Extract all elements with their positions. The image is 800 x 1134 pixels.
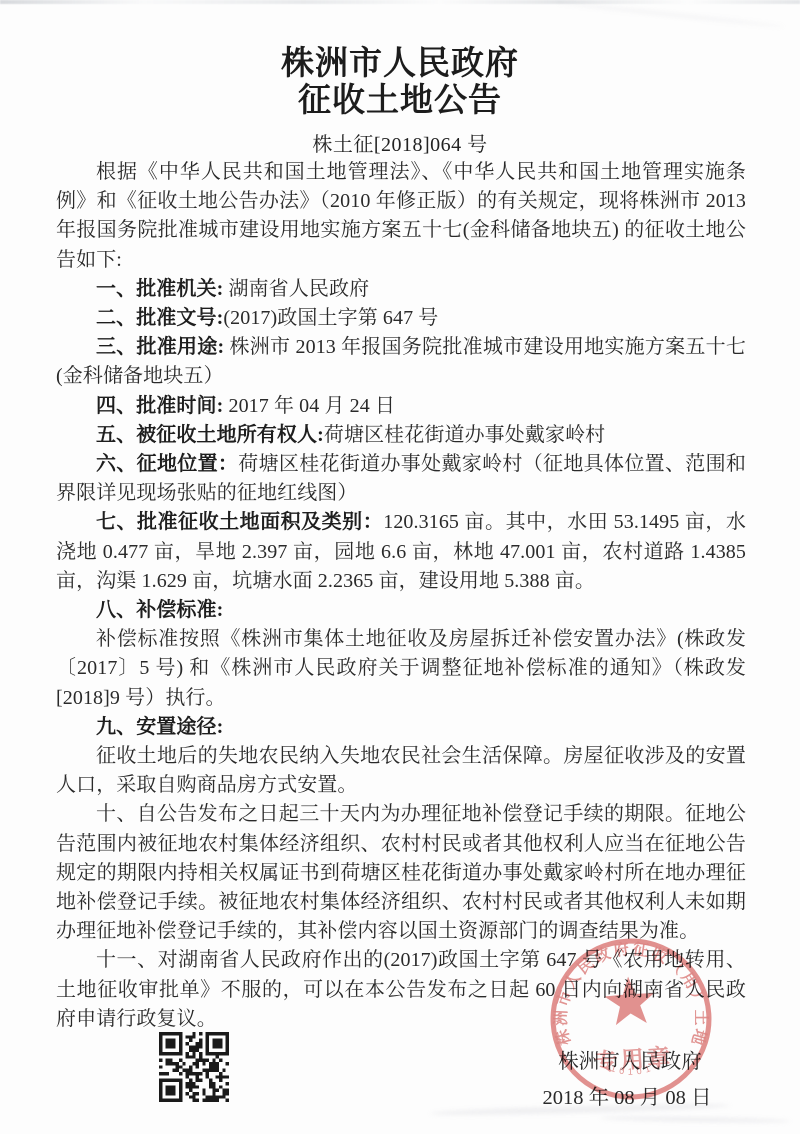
scan-artifact-streak (555, 0, 784, 29)
paragraph-label: 二、批准文号: (96, 307, 223, 329)
paragraph: 七、批准征收土地面积及类别：120.3165 亩。其中，水田 53.1495 亩… (56, 508, 746, 596)
document-header: 株洲市人民政府 征收土地公告 株土征[2018]064 号 (0, 46, 800, 157)
doc-number: 株土征[2018]064 号 (0, 128, 800, 157)
paragraph-text: 根据《中华人民共和国土地管理法》、《中华人民共和国土地管理实施条例》和《征收土地… (56, 161, 746, 271)
paragraph-label: 九、安置途径: (96, 716, 223, 738)
seal-ring (548, 936, 714, 1102)
paragraph: 三、批准用途: 株洲市 2013 年报国务院批准城市建设用地实施方案五十七(金科… (56, 333, 746, 391)
paragraph: 十、自公告发布之日起三十天内为办理征地补偿登记手续的期限。征地公告范围内被征地农… (56, 800, 746, 946)
paragraph: 二、批准文号:(2017)政国土字第 647 号 (56, 304, 746, 333)
paragraph: 四、批准时间: 2017 年 04 月 24 日 (56, 392, 746, 421)
paragraph-text: 补偿标准按照《株洲市集体土地征收及房屋拆迁补偿安置办法》(株政发〔2017〕5 … (56, 628, 746, 708)
paragraph-text: 十、自公告发布之日起三十天内为办理征地补偿登记手续的期限。征地公告范围内被征地农… (56, 803, 746, 942)
paragraph-text: 2017 年 04 月 24 日 (228, 395, 395, 417)
paragraph: 补偿标准按照《株洲市集体土地征收及房屋拆迁补偿安置办法》(株政发〔2017〕5 … (56, 625, 746, 713)
paragraph: 根据《中华人民共和国土地管理法》、《中华人民共和国土地管理实施条例》和《征收土地… (56, 158, 746, 275)
qr-code-icon (159, 1032, 229, 1102)
paragraph-text: 征收土地后的失地农民纳入失地农民社会生活保障。房屋征收涉及的安置人口，采取自购商… (56, 745, 746, 796)
paragraph-label: 八、补偿标准: (96, 599, 223, 621)
document-body: 根据《中华人民共和国土地管理法》、《中华人民共和国土地管理实施条例》和《征收土地… (56, 158, 746, 1034)
paragraph: 征收土地后的失地农民纳入失地农民社会生活保障。房屋征收涉及的安置人口，采取自购商… (56, 742, 746, 800)
star-icon (603, 975, 656, 1026)
paragraph-label: 三、批准用途: (96, 336, 230, 358)
paragraph-label: 五、被征收土地所有权人: (96, 424, 324, 446)
page-title-line2: 征收土地公告 (0, 83, 800, 120)
paragraph: 一、批准机关: 湖南省人民政府 (56, 275, 746, 304)
paragraph: 六、征地位置：荷塘区桂花街道办事处戴家岭村（征地具体位置、范围和界限详见现场张贴… (56, 450, 746, 508)
official-seal: 株洲市人民政府征收（用）土地公告 专用章 0101010 (542, 930, 719, 1107)
paragraph: 八、补偿标准: (56, 596, 746, 625)
paragraph-label: 六、征地位置： (96, 453, 238, 475)
paragraph-label: 四、批准时间: (96, 395, 228, 417)
paragraph-label: 七、批准征收土地面积及类别： (96, 511, 383, 533)
scan-artifact-streak (600, 1115, 790, 1123)
paragraph-text: 湖南省人民政府 (228, 278, 369, 300)
paragraph-text: 荷塘区桂花街道办事处戴家岭村 (324, 424, 605, 446)
paragraph-text: (2017)政国土字第 647 号 (223, 307, 438, 329)
scan-artifact-top-edge (0, 0, 800, 4)
paragraph: 九、安置途径: (56, 713, 746, 742)
paragraph-label: 一、批准机关: (96, 278, 228, 300)
paragraph: 五、被征收土地所有权人:荷塘区桂花街道办事处戴家岭村 (56, 421, 746, 450)
page-title-line1: 株洲市人民政府 (0, 46, 800, 83)
